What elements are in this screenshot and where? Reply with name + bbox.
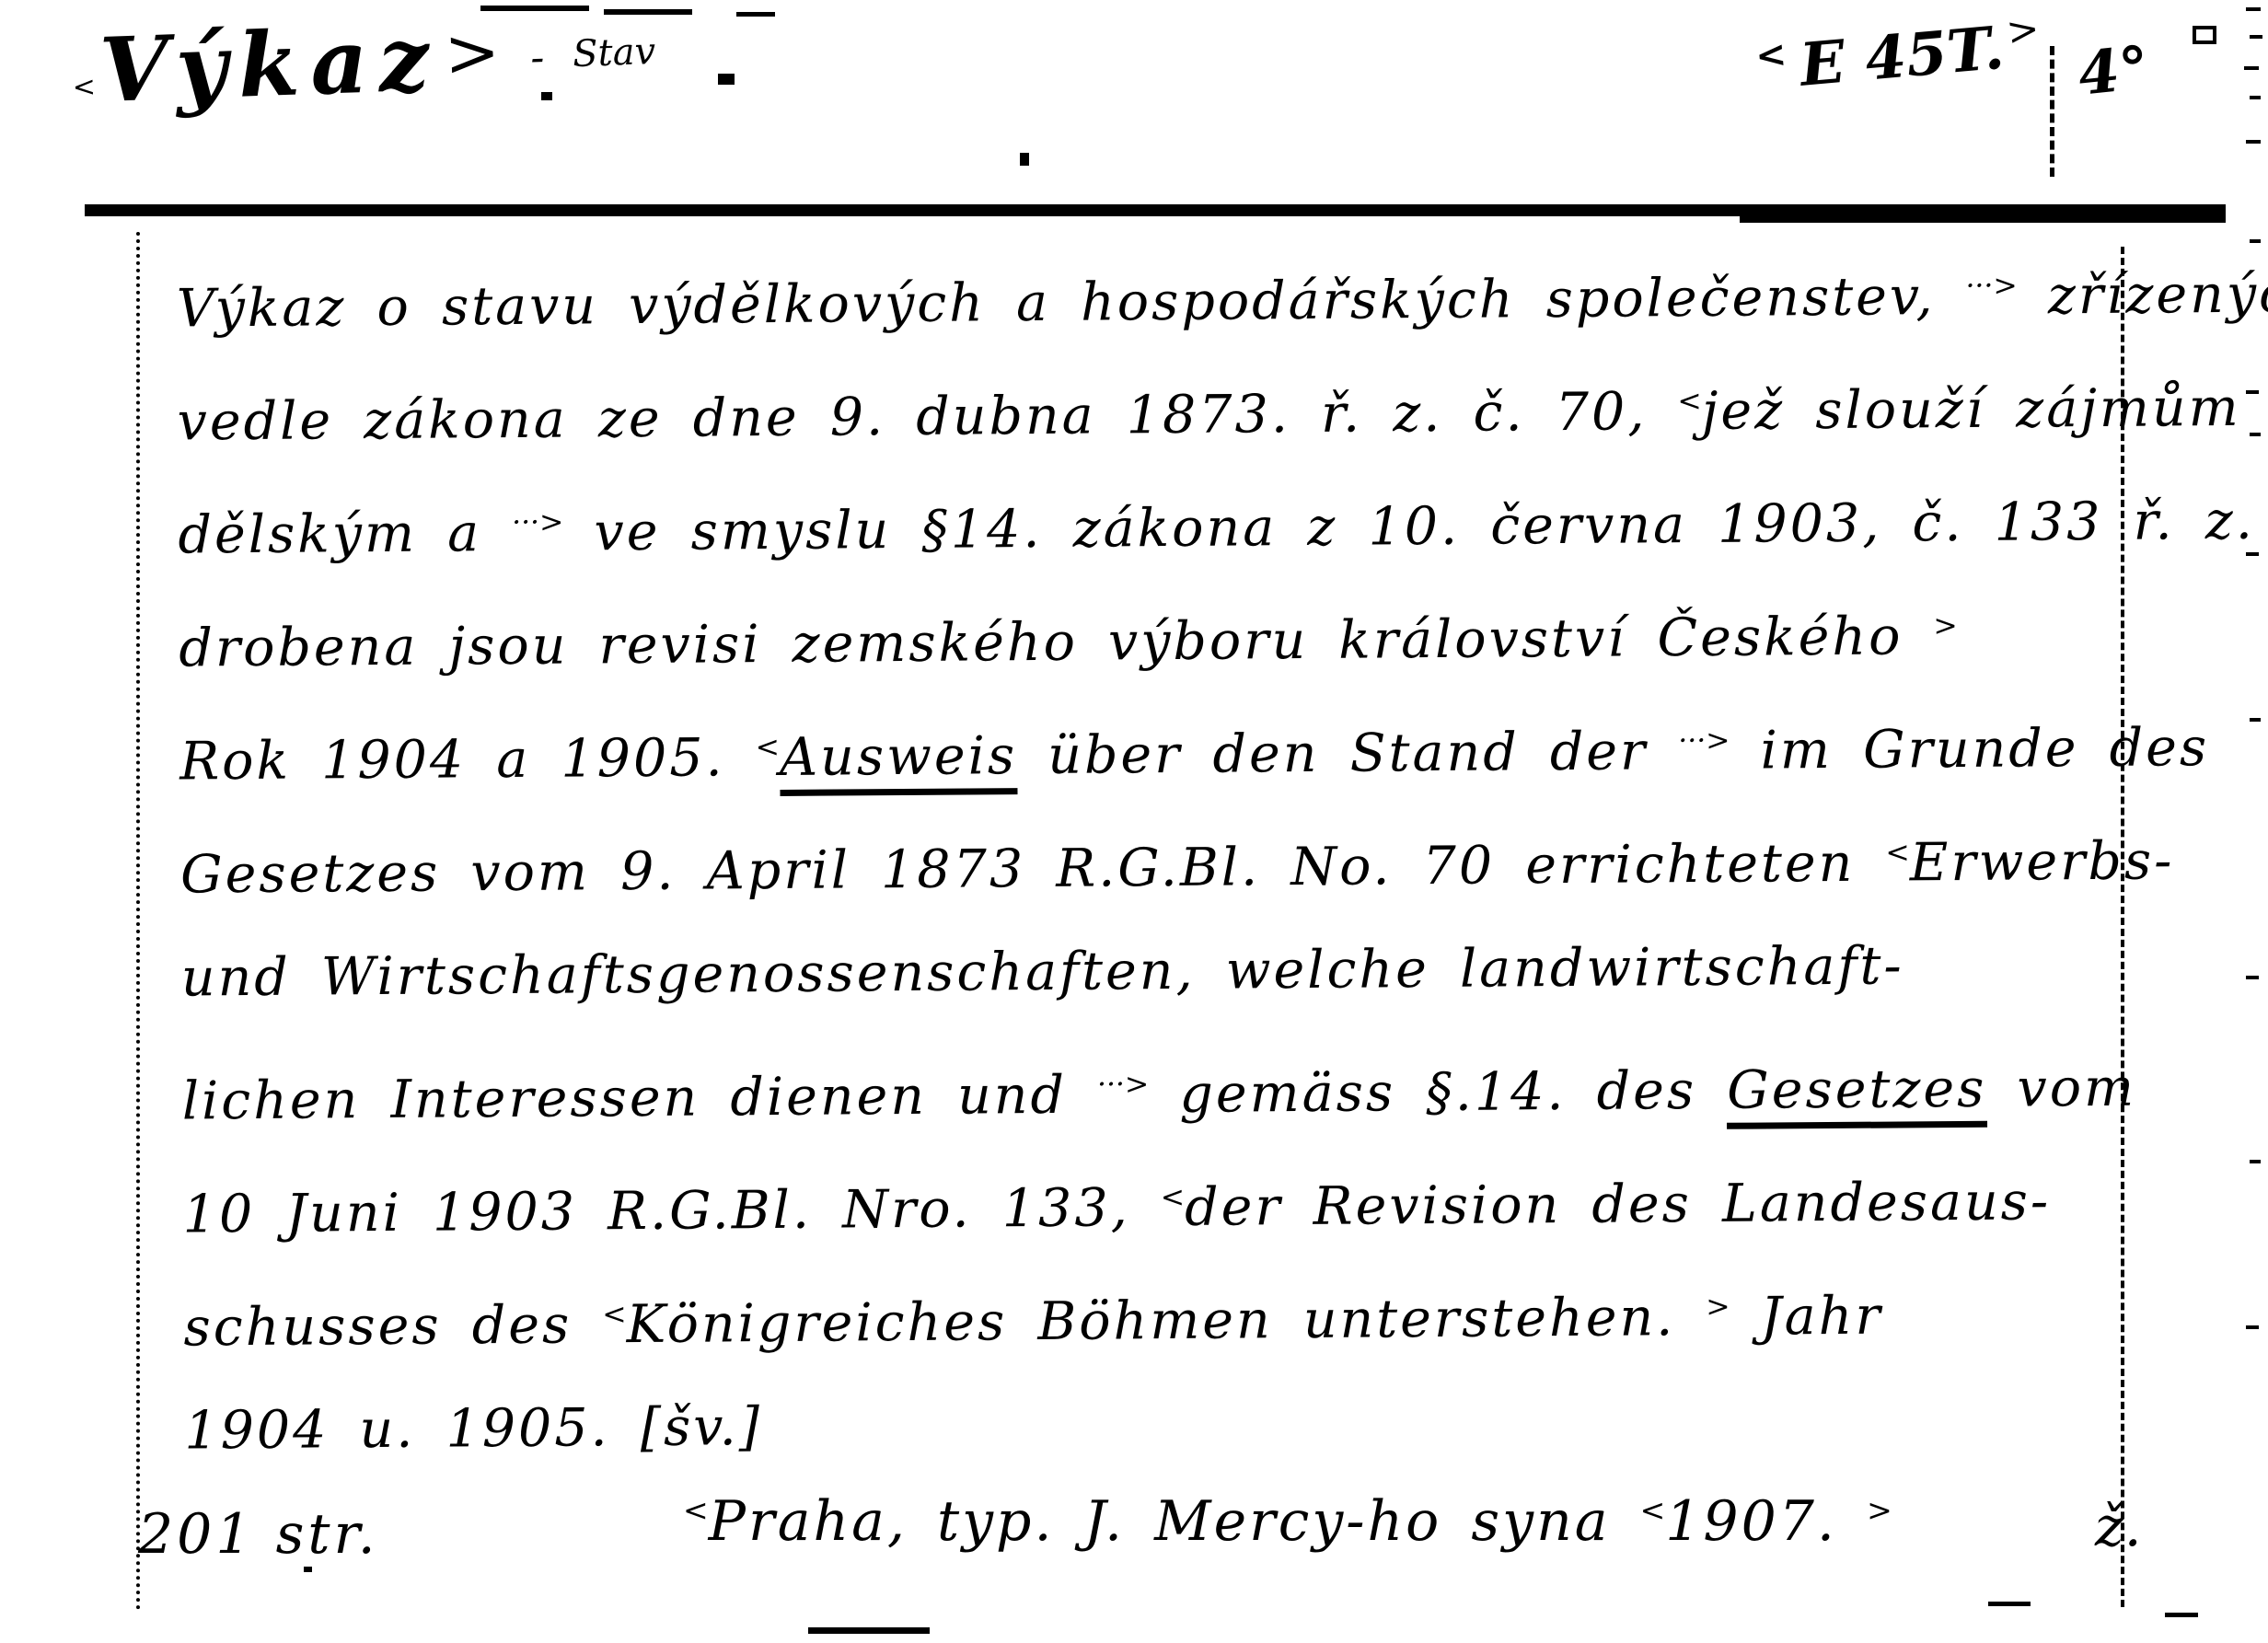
annotation-mark: < xyxy=(602,1298,627,1331)
handwritten-body: Výkaz o stavu výdělkových a hospodářskýc… xyxy=(176,229,2163,1488)
text-segment: vom xyxy=(1986,1058,2136,1119)
annotation-mark: > xyxy=(1867,1492,1892,1528)
scan-noise xyxy=(2244,66,2259,70)
handwritten-line: drobena jsou revisi zemského výboru král… xyxy=(179,569,2158,696)
card-footer: 201 str. <Praha, typ. J. Mercy-ho syna <… xyxy=(0,1489,2268,1609)
scan-noise xyxy=(2165,1613,2198,1617)
imprint: <Praha, typ. J. Mercy-ho syna <1907. > xyxy=(683,1489,1892,1554)
underlined-word: Gesetzes xyxy=(1727,1059,1987,1129)
text-segment: gemäss §.14. des xyxy=(1149,1060,1727,1125)
scan-noise xyxy=(808,1627,930,1634)
text-segment: 1907. xyxy=(1665,1489,1867,1554)
scan-noise xyxy=(2246,1325,2259,1329)
annotation-mark: ···> xyxy=(1097,1068,1149,1101)
handwritten-line: lichen Interessen dienen und ···> gemäss… xyxy=(181,1021,2161,1148)
annotation-mark: < xyxy=(1753,32,1788,78)
annotation-mark: < xyxy=(1161,1181,1186,1214)
text-segment: Gesetzes vom 9. April 1873 R.G.Bl. No. 7… xyxy=(180,833,1886,906)
text-segment: lichen Interessen dienen und xyxy=(182,1065,1098,1132)
format-size: 4° xyxy=(2075,33,2152,110)
text-segment: ve smyslu §14. zákona z 10. června 1903,… xyxy=(563,491,2268,563)
card-heading: < Výkaz > - Stav xyxy=(70,0,657,123)
handwritten-line: schusses des <Königreiches Böhmen unters… xyxy=(183,1247,2163,1374)
text-segment: Výkaz o stavu výdělkových a hospodářskýc… xyxy=(177,266,1966,340)
scan-noise xyxy=(480,6,589,11)
scan-noise xyxy=(2250,1160,2261,1163)
text-segment: Königreiches Böhmen unterstehen. xyxy=(626,1287,1706,1355)
annotation-mark: > xyxy=(1933,609,1958,642)
subtitle: Stav xyxy=(572,30,655,75)
scan-noise xyxy=(2250,239,2261,243)
shelfmark-dashed-line xyxy=(2050,46,2054,177)
scan-noise xyxy=(304,1567,312,1572)
scan-noise xyxy=(2246,390,2259,394)
scan-noise xyxy=(2250,96,2261,99)
annotation-mark: < xyxy=(1885,836,1910,869)
text-segment: jež slouží zájmům země- xyxy=(1702,376,2268,442)
annotation-mark: > xyxy=(1706,1290,1730,1324)
handwritten-line: Gesetzes vom 9. April 1873 R.G.Bl. No. 7… xyxy=(180,794,2160,921)
text-segment: und Wirtschaftsgenossenschaften, welche … xyxy=(181,935,1904,1008)
text-segment: im Grunde des xyxy=(1730,717,2209,781)
text-segment: der Revision des Landesaus- xyxy=(1185,1171,2052,1238)
text-segment: über den Stand der xyxy=(1017,721,1679,786)
annotation-mark: ···> xyxy=(1678,724,1730,758)
text-segment: schusses des xyxy=(183,1294,602,1358)
text-segment: 10 Juni 1903 R.G.Bl. Nro. 133, xyxy=(182,1177,1161,1244)
annotation-mark: ···> xyxy=(512,506,563,539)
scan-noise xyxy=(1020,153,1029,166)
header-rule-segment xyxy=(1740,215,2226,223)
text-segment: vedle zákona ze dne 9. dubna 1873. ř. z.… xyxy=(177,381,1677,452)
scan-noise xyxy=(2250,433,2261,436)
annotation-mark: ···> xyxy=(1965,270,2017,303)
annotation-mark: < xyxy=(756,731,781,764)
text-segment: drobena jsou revisi zemského výboru král… xyxy=(179,606,1934,678)
annotation-mark: > xyxy=(2004,6,2042,54)
text-segment: Praha, typ. J. Mercy-ho syna xyxy=(709,1489,1640,1554)
page-count: 201 str. xyxy=(138,1502,379,1567)
shelfmark-text: E 45T. xyxy=(1798,14,2007,100)
title-dash: - xyxy=(529,34,545,81)
scan-noise xyxy=(2250,718,2261,722)
text-segment: Jahr xyxy=(1730,1286,1882,1348)
annotation-mark: > xyxy=(443,13,501,92)
underlined-word: Ausweis xyxy=(780,725,1018,796)
text-segment: Erwerbs- xyxy=(1910,830,2175,893)
scan-noise xyxy=(736,12,775,17)
handwritten-line: vedle zákona ze dne 9. dubna 1873. ř. z.… xyxy=(177,342,2157,469)
handwritten-line: Rok 1904 a 1905. <Ausweis über den Stand… xyxy=(179,681,2159,808)
handwritten-line: Výkaz o stavu výdělkových a hospodářskýc… xyxy=(176,229,2156,356)
shelfmark: <E 45T. xyxy=(1753,13,2007,104)
annotation-mark: < xyxy=(1677,385,1702,418)
scan-noise xyxy=(2246,7,2261,11)
scan-noise xyxy=(2246,976,2259,979)
scan-noise xyxy=(2246,552,2259,556)
scan-noise xyxy=(2246,140,2261,144)
handwritten-line: dělským a ···> ve smyslu §14. zákona z 1… xyxy=(178,456,2158,583)
page-title: Výkaz xyxy=(98,6,441,122)
scan-noise xyxy=(1988,1602,2031,1606)
handwritten-line: 1904 u. 1905. [šv.] xyxy=(184,1360,2164,1487)
text-segment: Rok 1904 a 1905. xyxy=(179,727,756,792)
catalog-card: < Výkaz > - Stav <E 45T. > 4° Výkaz o st… xyxy=(0,0,2268,1643)
text-segment: dělským a xyxy=(178,503,512,566)
handwritten-line: 10 Juni 1903 R.G.Bl. Nro. 133, <der Revi… xyxy=(182,1134,2162,1261)
text-segment: zřízených xyxy=(2017,263,2268,326)
annotation-mark: < xyxy=(1640,1492,1666,1528)
left-margin-dotted-line xyxy=(136,232,140,1611)
scan-noise xyxy=(718,74,735,85)
text-segment: 1904 u. 1905. [šv.] xyxy=(184,1396,762,1461)
annotation-mark: < xyxy=(683,1492,709,1528)
scan-noise xyxy=(541,92,552,100)
cataloguer-initial: ž. xyxy=(2095,1495,2142,1559)
scan-noise xyxy=(2193,26,2216,44)
annotation-mark: < xyxy=(72,71,96,104)
handwritten-line: und Wirtschaftsgenossenschaften, welche … xyxy=(180,908,2160,1035)
scan-noise xyxy=(604,9,692,15)
scan-noise xyxy=(2250,35,2262,39)
